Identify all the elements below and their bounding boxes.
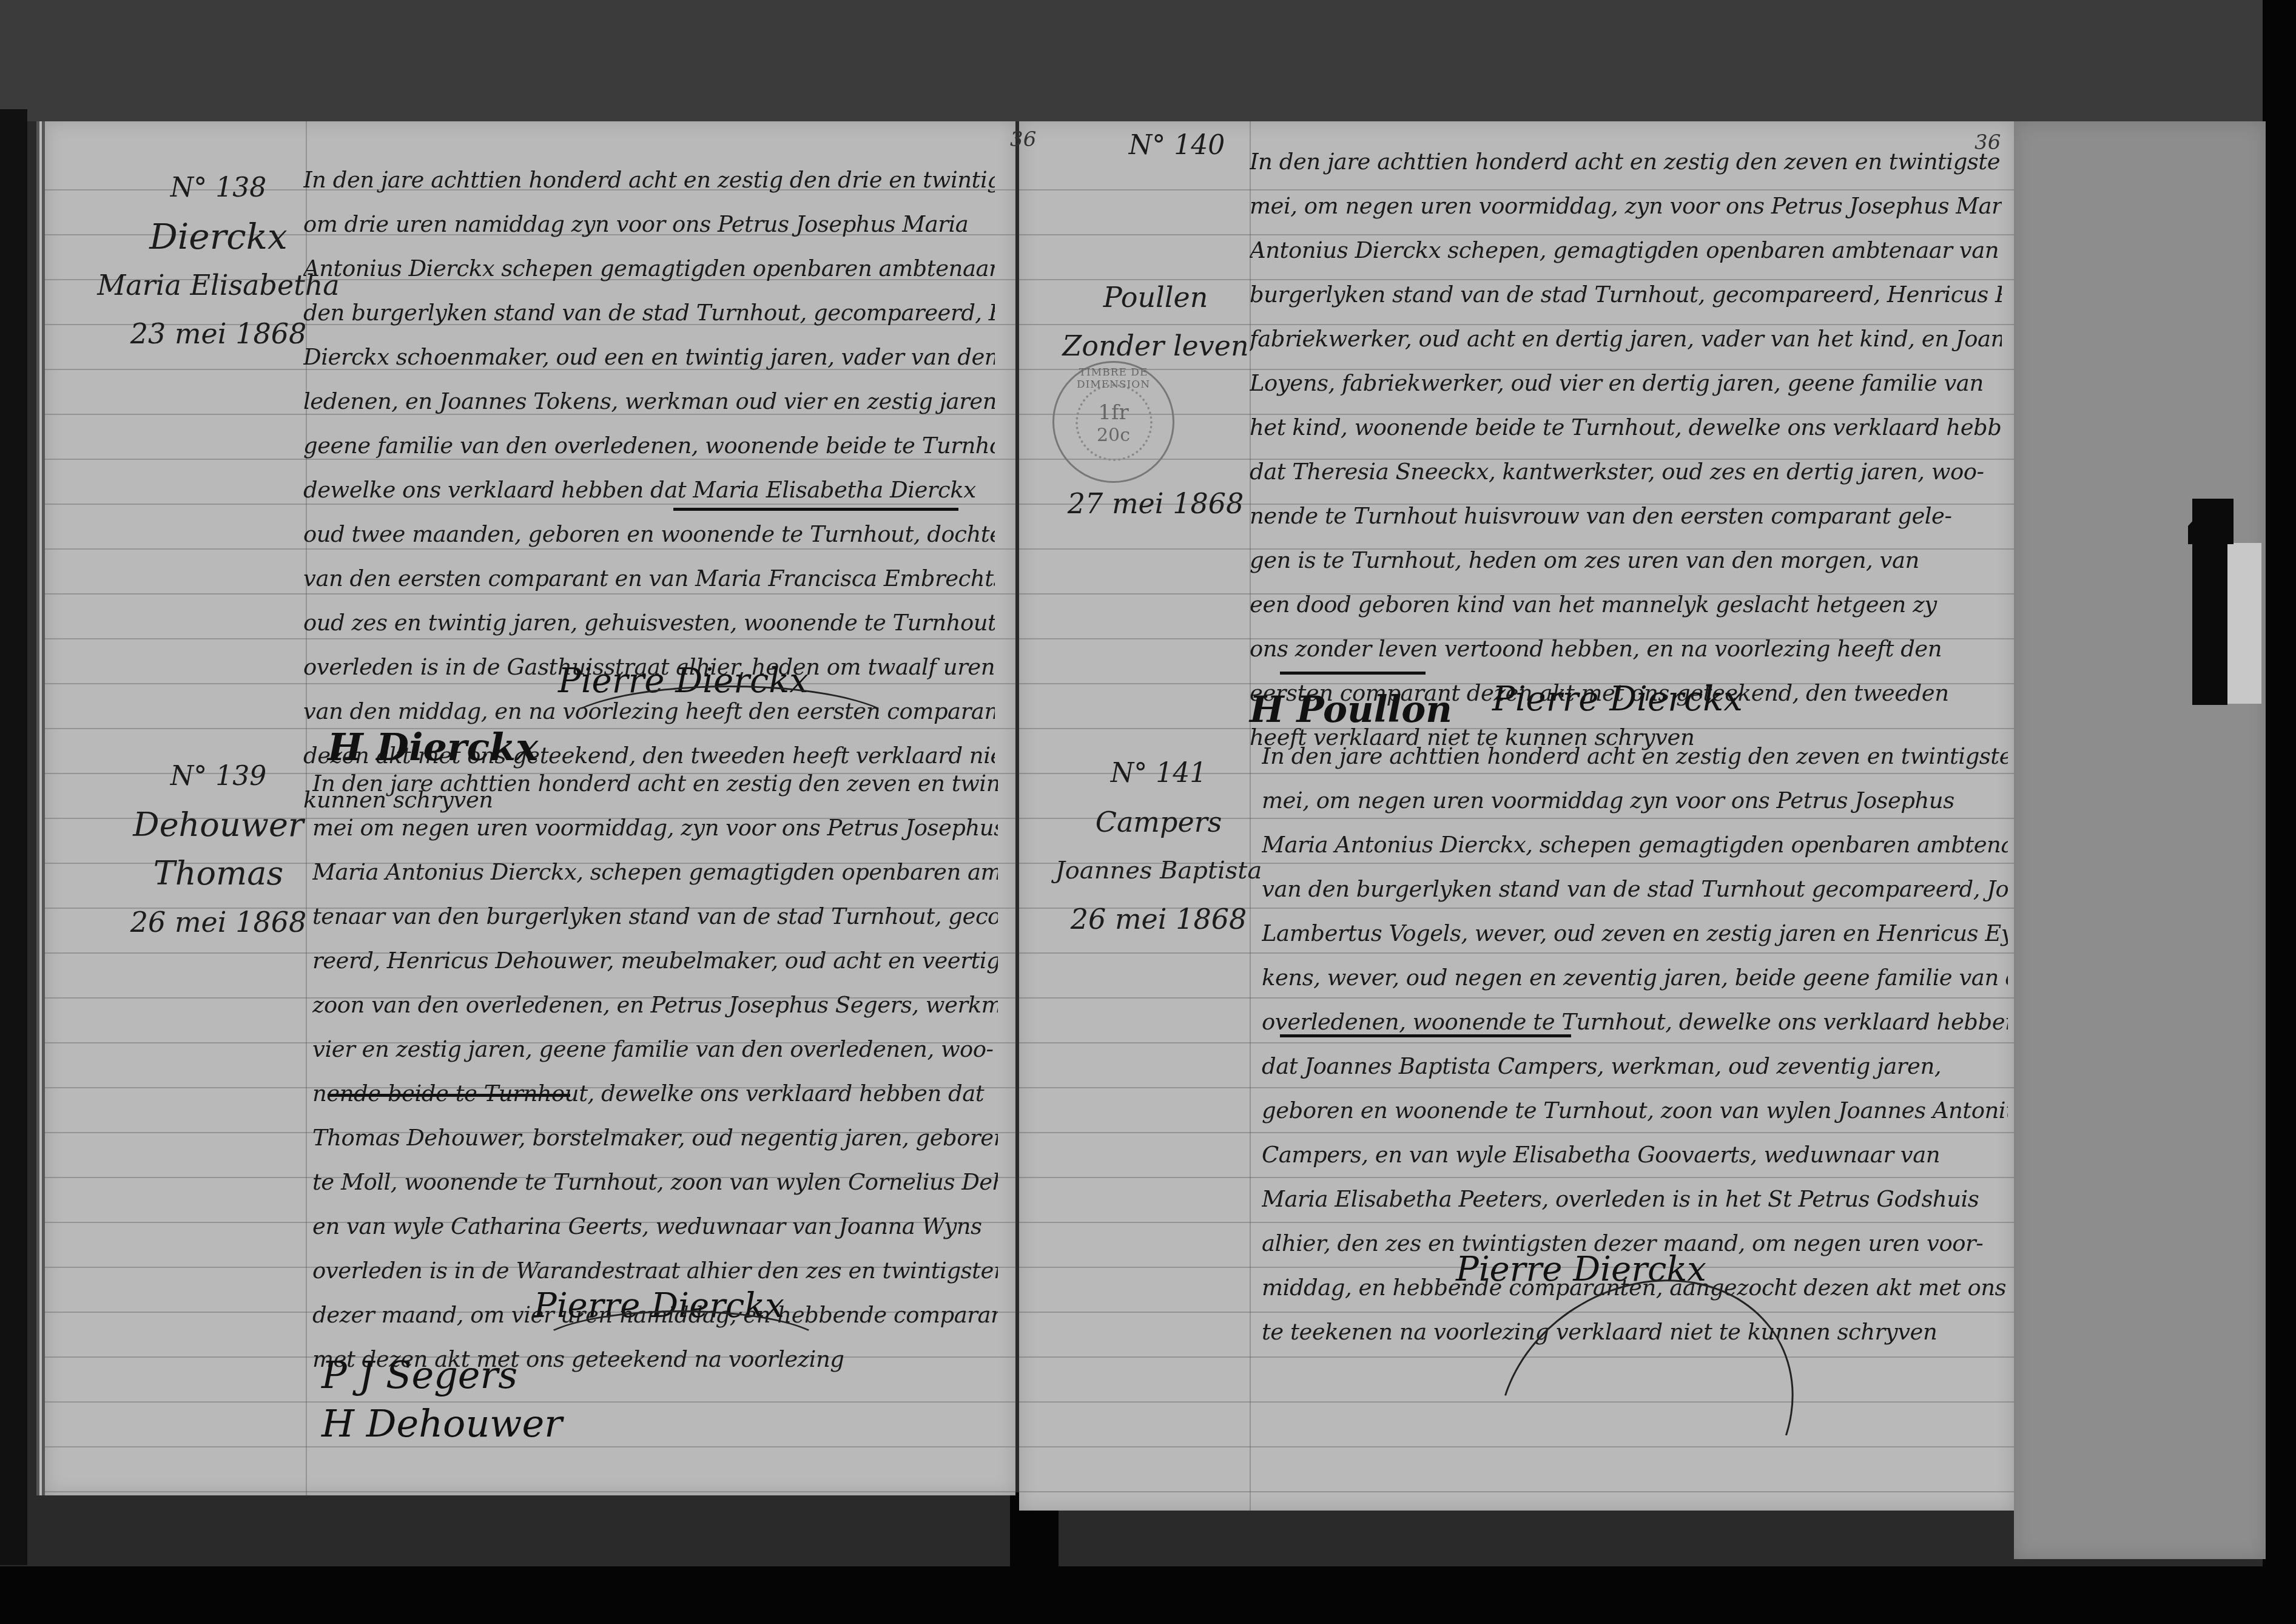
text-line: het kind, woonende beide te Turnhout, de… <box>1250 405 2002 450</box>
signature-h-poullon: H Poullon <box>1250 689 1452 731</box>
text-line: Loyens, fabriekwerker, oud vier en derti… <box>1250 361 2002 405</box>
entry-140-body: In den jare achttien honderd acht en zes… <box>1250 140 2002 760</box>
text-line: oud twee maanden, geboren en woonende te… <box>303 512 995 556</box>
text-line: vier en zestig jaren, geene familie van … <box>312 1027 998 1071</box>
entry-140-date: 27 mei 1868 <box>1055 479 1256 528</box>
scan-background-top <box>0 0 2296 121</box>
entry-number: N° 140 <box>1086 121 1268 170</box>
text-line: Antonius Dierckx schepen gemagtigden ope… <box>303 246 995 291</box>
text-line: en van wyle Catharina Geerts, weduwnaar … <box>312 1204 998 1248</box>
text-line: ons zonder leven vertoond hebben, en na … <box>1250 627 2002 671</box>
text-line: Campers, en van wyle Elisabetha Goovaert… <box>1262 1133 2008 1177</box>
entry-number: N° 141 <box>1043 749 1274 798</box>
text-line: In den jare achttien honderd acht en zes… <box>312 761 998 806</box>
page-number-gutter: 36 <box>1010 127 1036 152</box>
text-line: den burgerlyken stand van de stad Turnho… <box>303 291 995 335</box>
text-line: dat Theresia Sneeckx, kantwerkster, oud … <box>1250 450 2002 494</box>
text-line: Thomas Dehouwer, borstelmaker, oud negen… <box>312 1116 998 1160</box>
name-underline <box>1280 672 1426 675</box>
text-line: ledenen, en Joannes Tokens, werkman oud … <box>303 379 995 423</box>
text-line: zoon van den overledenen, en Petrus Jose… <box>312 983 998 1027</box>
text-line: burgerlyken stand van de stad Turnhout, … <box>1250 272 2002 317</box>
entry-surname: Dehouwer <box>91 801 346 849</box>
text-line: dat Joannes Baptista Campers, werkman, o… <box>1262 1044 2008 1088</box>
text-line: van den burgerlyken stand van de stad Tu… <box>1262 867 2008 911</box>
text-line: fabriekwerker, oud acht en dertig jaren,… <box>1250 317 2002 361</box>
entry-date: 27 mei 1868 <box>1055 479 1256 528</box>
text-line: In den jare achttien honderd acht en zes… <box>303 158 995 202</box>
scan-edge-right <box>2263 0 2296 1624</box>
entry-given-names: Zonder leven <box>1049 322 1262 370</box>
text-line: Lambertus Vogels, wever, oud zeven en ze… <box>1262 911 2008 955</box>
text-line: geene familie van den overledenen, woone… <box>303 423 995 468</box>
text-line: nende te Turnhout huisvrouw van den eers… <box>1250 494 2002 538</box>
name-underline <box>328 1094 570 1097</box>
entry-date: 26 mei 1868 <box>91 898 346 946</box>
text-line: tenaar van den burgerlyken stand van de … <box>312 894 998 938</box>
text-line: Maria Antonius Dierckx, schepen gemagtig… <box>312 850 998 894</box>
entry-number: N° 139 <box>91 752 346 801</box>
text-line: om drie uren namiddag zyn voor ons Petru… <box>303 202 995 246</box>
revenue-stamp: TIMBRE DE DIMENSION 1fr 20c <box>1052 361 1174 483</box>
text-line: Antonius Dierckx schepen, gemagtigden op… <box>1250 228 2002 272</box>
signature-h-dehouwer: H Dehouwer <box>322 1401 562 1446</box>
text-line: van den eersten comparant en van Maria F… <box>303 556 995 601</box>
entry-140-margin: N° 140 <box>1086 121 1268 170</box>
entry-given-names: Joannes Baptista <box>1043 846 1274 895</box>
text-line: een dood geboren kind van het mannelyk g… <box>1250 582 2002 627</box>
text-line: dewelke ons verklaard hebben dat Maria E… <box>303 468 995 512</box>
text-line: In den jare achttien honderd acht en zes… <box>1262 734 2008 778</box>
entry-given-names: Thomas <box>91 849 346 898</box>
entry-140-names: Poullen Zonder leven <box>1049 273 1262 370</box>
text-line: reerd, Henricus Dehouwer, meubelmaker, o… <box>312 938 998 983</box>
text-line: Maria Elisabetha Peeters, overleden is i… <box>1262 1177 2008 1221</box>
page-tab-fabric <box>2226 543 2261 704</box>
entry-date: 26 mei 1868 <box>1043 895 1274 943</box>
text-line: Maria Antonius Dierckx, schepen gemagtig… <box>1262 823 2008 867</box>
text-line: te Moll, woonende te Turnhout, zoon van … <box>312 1160 998 1204</box>
entry-141-margin: N° 141 Campers Joannes Baptista 26 mei 1… <box>1043 749 1274 943</box>
entry-surname: Poullen <box>1049 273 1262 322</box>
signature-flourish <box>534 1310 829 1387</box>
signature-pierre-dierckx: Pierre Dierckx <box>1492 679 1743 719</box>
scan-edge-left <box>0 109 27 1565</box>
text-line: gen is te Turnhout, heden om zes uren va… <box>1250 538 2002 582</box>
text-line: geboren en woonende te Turnhout, zoon va… <box>1262 1088 2008 1133</box>
text-line: In den jare achttien honderd acht en zes… <box>1250 140 2002 184</box>
stamp-value: 1fr <box>1054 400 1173 425</box>
entry-surname: Campers <box>1043 798 1274 846</box>
adjacent-page-edge <box>2014 121 2266 1559</box>
text-line: mei, om negen uren voormiddag zyn voor o… <box>1262 778 2008 823</box>
text-line: Dierckx schoenmaker, oud een en twintig … <box>303 335 995 379</box>
scan-edge-bottom <box>0 1566 2296 1624</box>
entry-139-margin: N° 139 Dehouwer Thomas 26 mei 1868 <box>91 752 346 946</box>
text-line: mei om negen uren voormiddag, zyn voor o… <box>312 806 998 850</box>
stamp-value-cents: 20c <box>1054 425 1173 446</box>
text-line: kens, wever, oud negen en zeventig jaren… <box>1262 955 2008 1000</box>
stamp-ring-text: TIMBRE DE DIMENSION <box>1054 366 1173 391</box>
text-line: oud zes en twintig jaren, gehuisvesten, … <box>303 601 995 645</box>
text-line: overledenen, woonende te Turnhout, dewel… <box>1262 1000 2008 1044</box>
name-underline <box>1280 1034 1571 1037</box>
name-underline <box>673 508 958 511</box>
signature-pj-segers: P J Segers <box>322 1353 517 1397</box>
text-line: mei, om negen uren voormiddag, zyn voor … <box>1250 184 2002 228</box>
